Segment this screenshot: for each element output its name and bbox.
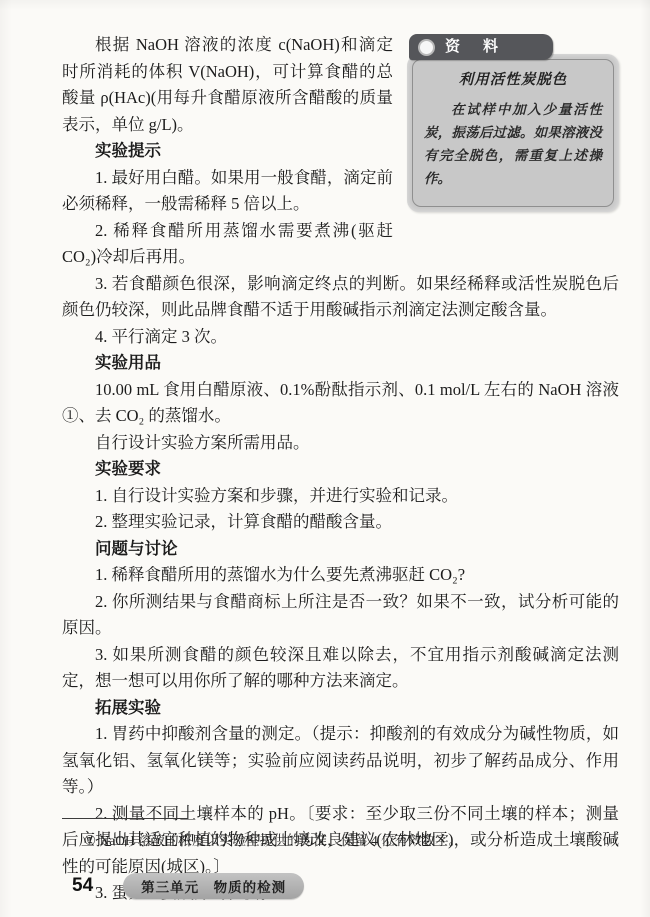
heading-questions-discussion: 问题与讨论	[62, 536, 619, 563]
bullet-circle-icon	[418, 39, 435, 56]
textbook-page: 资 料 利用活性炭脱色 在试样中加入少量活性炭，振荡后过滤。如果溶液没有完全脱色…	[0, 0, 650, 917]
main-text-column: 资 料 利用活性炭脱色 在试样中加入少量活性炭，振荡后过滤。如果溶液没有完全脱色…	[62, 32, 619, 907]
paragraph-tip-2: 2. 稀释食醋所用蒸馏水需要煮沸(驱赶 CO₂)冷却后再用。	[62, 218, 619, 271]
resource-box-title: 利用活性炭脱色	[424, 70, 602, 90]
heading-experiment-requirements: 实验要求	[62, 456, 619, 483]
paragraph-requirement-1: 1. 自行设计实验方案和步骤，并进行实验和记录。	[62, 483, 619, 510]
paragraph-question-2: 2. 你所测结果与食醋商标上所注是否一致？如果不一致，试分析可能的原因。	[62, 589, 619, 642]
paragraph-supplies-1: 10.00 mL 食用白醋原液、0.1%酚酞指示剂、0.1 mol/L 左右的 …	[62, 377, 619, 430]
paragraph-supplies-2: 自行设计实验方案所需用品。	[62, 430, 619, 457]
resource-box-body: 利用活性炭脱色 在试样中加入少量活性炭，振荡后过滤。如果溶液没有完全脱色，需重复…	[407, 54, 619, 212]
footnote-divider	[62, 818, 188, 819]
resource-box-inner-frame: 利用活性炭脱色 在试样中加入少量活性炭，振荡后过滤。如果溶液没有完全脱色，需重复…	[412, 59, 614, 207]
resource-box-header: 资 料	[409, 34, 553, 60]
paragraph-extended-1: 1. 胃药中抑酸剂含量的测定。（提示：抑酸剂的有效成分为碱性物质，如氢氧化铝、氢…	[62, 721, 619, 801]
footnote-area: ① NaOH 溶液的浓度以实验室提供的为准，保留 4 位有效数字。	[62, 818, 619, 850]
heading-extended-experiments: 拓展实验	[62, 695, 619, 722]
unit-title-badge: 第三单元 物质的检测	[123, 873, 304, 899]
resource-box-tag: 资 料	[445, 34, 502, 61]
page-footer: 54 第三单元 物质的检测	[72, 873, 304, 899]
resource-box: 资 料 利用活性炭脱色 在试样中加入少量活性炭，振荡后过滤。如果溶液没有完全脱色…	[407, 34, 619, 212]
paragraph-question-3: 3. 如果所测食醋的颜色较深且难以除去，不宜用指示剂酸碱滴定法测定，想一想可以用…	[62, 642, 619, 695]
paragraph-requirement-2: 2. 整理实验记录，计算食醋的醋酸含量。	[62, 509, 619, 536]
page-number: 54	[72, 875, 93, 897]
paragraph-tip-4: 4. 平行滴定 3 次。	[62, 324, 619, 351]
resource-box-text: 在试样中加入少量活性炭，振荡后过滤。如果溶液没有完全脱色，需重复上述操作。	[424, 98, 602, 190]
heading-experiment-supplies: 实验用品	[62, 350, 619, 377]
footnote-text: ① NaOH 溶液的浓度以实验室提供的为准，保留 4 位有效数字。	[62, 832, 619, 850]
paragraph-tip-3: 3. 若食醋颜色很深，影响滴定终点的判断。如果经稀释或活性炭脱色后颜色仍较深，则…	[62, 271, 619, 324]
paragraph-question-1: 1. 稀释食醋所用的蒸馏水为什么要先煮沸驱赶 CO₂?	[62, 562, 619, 589]
